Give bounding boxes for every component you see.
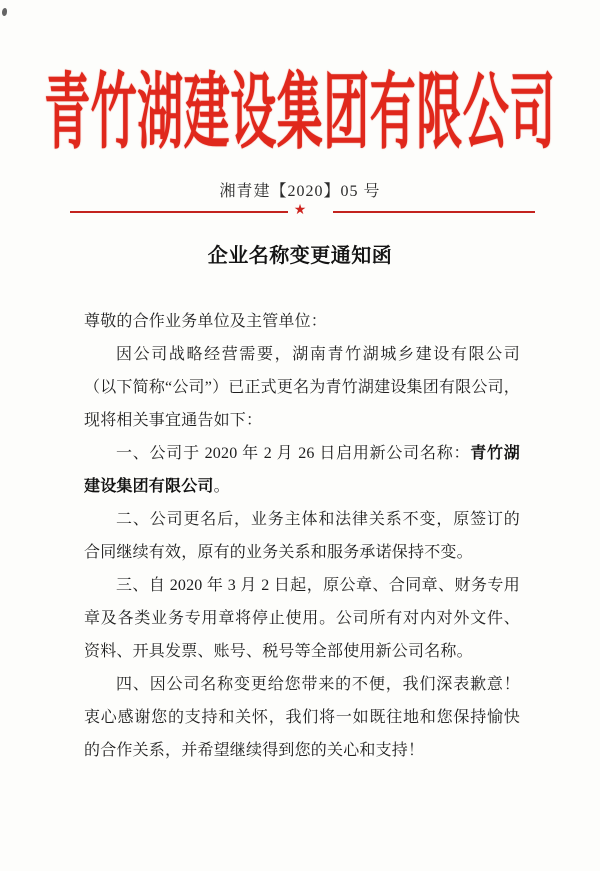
paragraph-item-2: 二、公司更名后，业务主体和法律关系不变，原签订的合同继续有效，原有的业务关系和服… xyxy=(84,503,520,569)
paragraph-intro: 因公司战略经营需要，湖南青竹湖城乡建设有限公司（以下简称“公司”）已正式更名为青… xyxy=(84,338,520,437)
document-title: 企业名称变更通知函 xyxy=(0,239,600,268)
document-body: 尊敬的合作业务单位及主管单位： 因公司战略经营需要，湖南青竹湖城乡建设有限公司（… xyxy=(84,305,520,767)
scan-artifact xyxy=(2,8,7,16)
salutation: 尊敬的合作业务单位及主管单位： xyxy=(84,305,520,338)
paragraph-item-3: 三、自 2020 年 3 月 2 日起，原公章、合同章、财务专用章及各类业务专用… xyxy=(84,569,520,668)
document-page: 青竹湖建设集团有限公司 湘青建【2020】05 号 ★ 企业名称变更通知函 尊敬… xyxy=(0,0,600,871)
paragraph-item-1: 一、公司于 2020 年 2 月 26 日启用新公司名称：青竹湖建设集团有限公司… xyxy=(84,437,520,503)
document-number: 湘青建【2020】05 号 xyxy=(0,178,600,201)
letterhead-company-name: 青竹湖建设集团有限公司 xyxy=(0,72,600,118)
letterhead-company-name-text: 青竹湖建设集团有限公司 xyxy=(44,72,556,155)
paragraph-item-4: 四、因公司名称变更给您带来的不便，我们深表歉意！衷心感谢您的支持和关怀，我们将一… xyxy=(84,668,520,767)
item-1-tail: 。 xyxy=(214,478,230,495)
item-1-lead: 一、公司于 2020 年 2 月 26 日启用新公司名称： xyxy=(116,445,470,462)
red-divider-right xyxy=(333,211,535,213)
